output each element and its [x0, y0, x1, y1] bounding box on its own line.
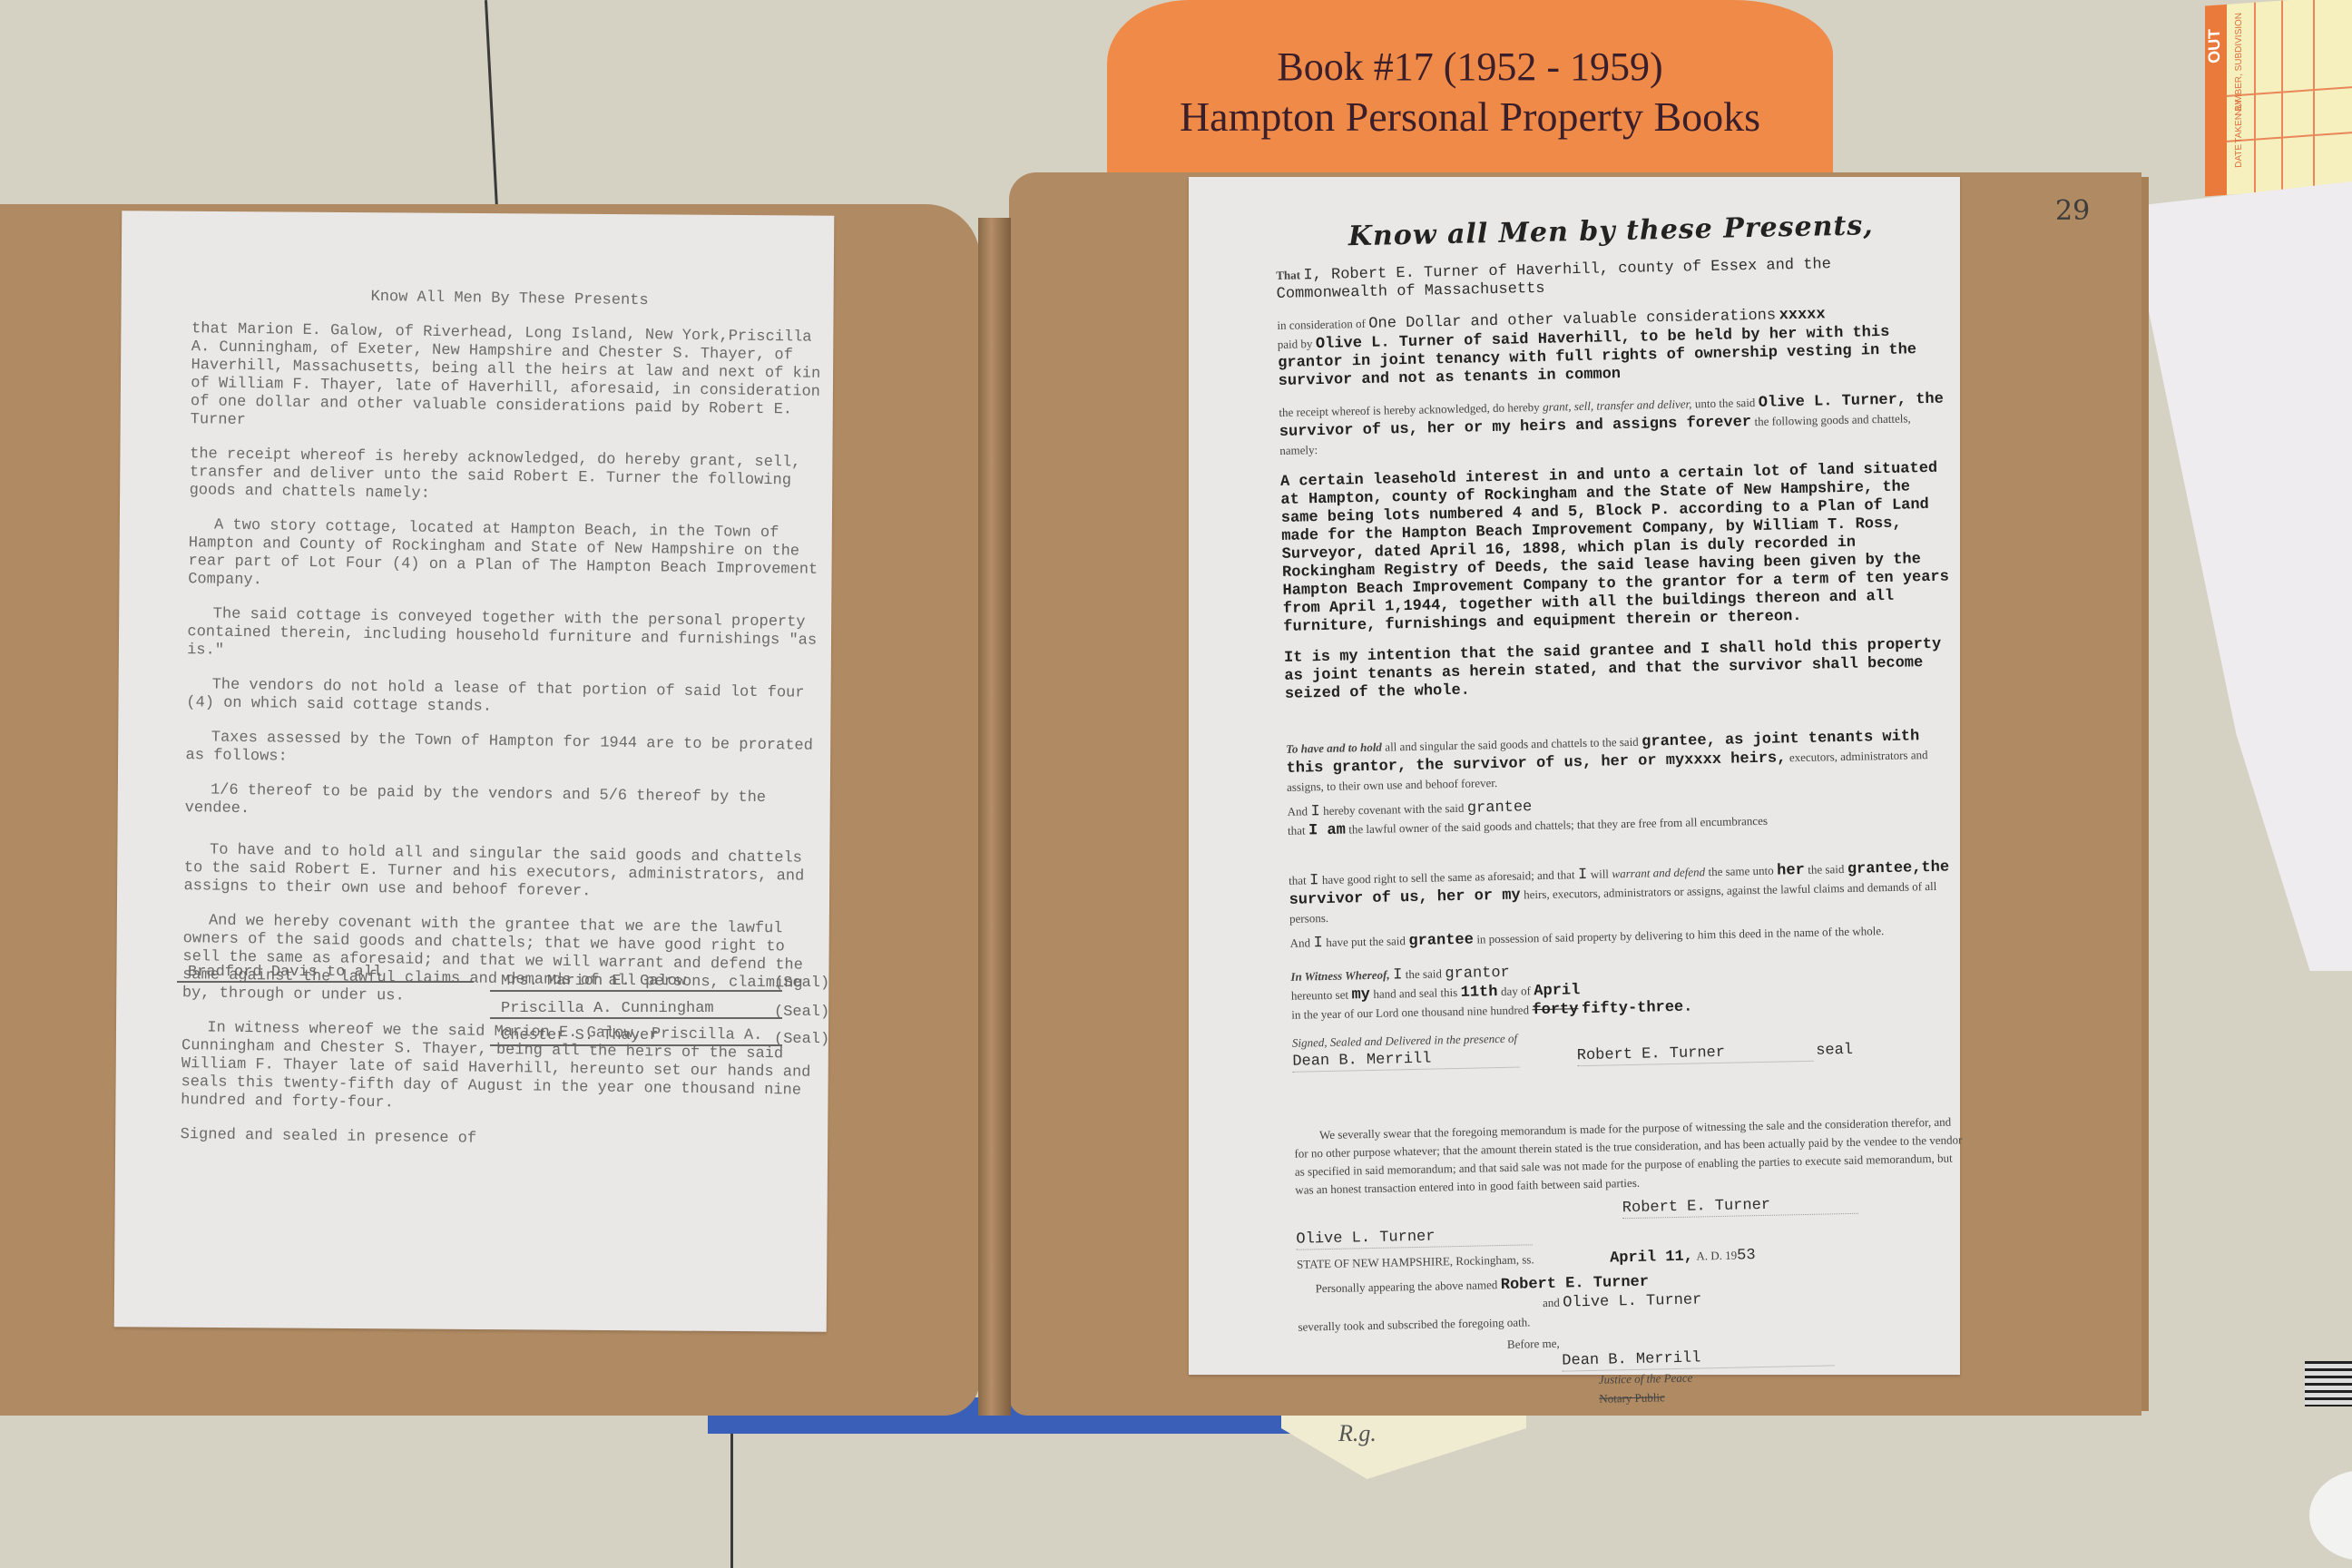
ad-label: A. D. 19 [1696, 1249, 1737, 1263]
seal-label: (Seal) [774, 1031, 829, 1048]
oath-signature: Olive L. Turner [1296, 1226, 1532, 1249]
consideration-label: in consideration of [1277, 317, 1366, 332]
appearing-name: Robert E. Turner [1501, 1274, 1650, 1294]
seal-label: (Seal) [774, 975, 829, 992]
witness-who: I [1393, 966, 1403, 984]
deed-paragraph: The vendors do not hold a lease of that … [186, 676, 821, 721]
state-line: STATE OF NEW HAMPSHIRE, Rockingham, ss. [1297, 1252, 1534, 1270]
sell-text: the said [1808, 862, 1844, 877]
sell-unto: her [1777, 862, 1805, 880]
signature-line: Mrs. Marion E. Galow [490, 973, 782, 992]
out-guide-card: OUT NUMBER, SUBDIVISION TAKEN BY DATE [2205, 0, 2352, 197]
official-title: Justice of the Peace [1599, 1371, 1693, 1387]
deed-paragraph: To have and to hold all and singular the… [183, 841, 819, 905]
that-label: That [1276, 268, 1300, 282]
witness-day: 11th [1461, 984, 1498, 1002]
witness-text: hereunto set [1291, 987, 1348, 1002]
habendum-label: To have and to hold [1286, 740, 1382, 756]
sell-who: I [1578, 867, 1588, 884]
right-deed: Know all Men by these Presents, That I, … [1275, 209, 1971, 1416]
appearing-name: Olive L. Turner [1563, 1291, 1701, 1311]
signature-line: Chester S. Thayer [490, 1027, 782, 1046]
out-card-label: DATE [2234, 143, 2244, 168]
out-tab: OUT [2205, 5, 2227, 88]
year-typed: fifty-three. [1582, 999, 1693, 1019]
witness-role: grantor [1445, 965, 1510, 983]
joint-tenancy-intention: It is my intention that the said grantee… [1284, 635, 1956, 703]
warrant-italic: warrant and defend [1612, 865, 1705, 880]
covenant-am: I am [1308, 822, 1346, 840]
witness-text: the said [1406, 966, 1442, 981]
cup [2309, 1470, 2352, 1561]
deed-paragraph: the receipt whereof is hereby acknowledg… [189, 446, 825, 509]
ad-year: 53 [1737, 1247, 1756, 1264]
witness-text: day of [1501, 984, 1531, 998]
handwritten-note: R.g. [1338, 1420, 1377, 1447]
sell-text: the same unto [1708, 864, 1774, 879]
covenant-text: the lawful owner of the said goods and c… [1348, 814, 1768, 837]
possession-who: I [1313, 935, 1323, 952]
year-struck: forty [1532, 1001, 1578, 1019]
deed-paragraph: Signed and sealed in presence of [181, 1126, 816, 1153]
signature-line: Priscilla A. Cunningham [490, 1000, 782, 1019]
sell-text: have good right to sell the same as afor… [1322, 867, 1575, 887]
struck-text: xxxxx [1779, 306, 1825, 324]
torn-flap [1281, 1416, 1526, 1479]
receipt-text: the receipt whereof is hereby acknowledg… [1279, 400, 1540, 419]
covenant-with: grantee [1467, 799, 1533, 817]
official-struck: Notary Public [1599, 1390, 1665, 1406]
witness-text: hand and seal this [1373, 985, 1457, 1001]
deed-paragraph: that Marion E. Galow, of Riverhead, Long… [191, 320, 828, 438]
receipt-italic: grant, sell, transfer and deliver, [1543, 397, 1692, 413]
table-seam [485, 0, 498, 209]
witness-my: my [1351, 986, 1370, 1004]
loose-paper [2141, 181, 2352, 971]
appearing-and: and [1543, 1296, 1560, 1309]
page-number: 29 [2055, 195, 2090, 227]
seal-label: (Seal) [774, 1004, 829, 1021]
grantor-line: I, Robert E. Turner of Haverhill, county… [1276, 256, 1831, 303]
deed-paragraph: A two story cottage, located at Hampton … [188, 516, 824, 598]
possession-grantee: grantee [1408, 932, 1474, 950]
book-label-title: Book #17 (1952 - 1959) [1107, 44, 1833, 90]
signed-label: Signed, Sealed and Delivered in the pres… [1292, 1032, 1517, 1050]
deed-paragraph: The said cottage is conveyed together wi… [187, 605, 823, 669]
witness-text: in the year of our Lord one thousand nin… [1291, 1003, 1529, 1021]
spiral-notebook [2305, 1361, 2352, 1406]
sell-text: will [1591, 867, 1610, 880]
out-card-label: TAKEN BY [2234, 98, 2244, 142]
oath-signature: Robert E. Turner [1622, 1195, 1858, 1219]
covenant-text: hereby covenant with the said [1323, 801, 1465, 818]
witness-signature: Bradford Davis to all [177, 964, 474, 983]
possession-text: have put the said [1326, 934, 1406, 949]
witness-month: April [1534, 982, 1580, 1000]
possession-and: And [1289, 936, 1310, 949]
sell-that: that [1289, 873, 1307, 887]
paid-by-label: paid by [1278, 337, 1313, 351]
witness-label: In Witness Whereof, [1290, 968, 1390, 984]
covenant-and: And [1287, 804, 1308, 818]
paid-by: Olive L. Turner of said Haverhill, to be… [1278, 324, 1916, 390]
seal-label: seal [1816, 1042, 1853, 1060]
deed-paragraph: And we hereby covenant with the grantee … [182, 912, 818, 1012]
oath-text: We severally swear that the foregoing me… [1294, 1112, 1967, 1199]
witness-signature: Dean B. Merrill [1292, 1049, 1519, 1073]
appearing-text: Personally appearing the above named [1315, 1278, 1497, 1295]
grantor-signature: Robert E. Turner [1577, 1043, 1813, 1066]
possession-text: in possession [1476, 931, 1539, 946]
covenant-that: that [1288, 823, 1306, 837]
table-seam [730, 1425, 733, 1568]
covenant-who: I [1310, 803, 1320, 820]
property-description: A certain leasehold interest in and unto… [1280, 459, 1955, 636]
book-spine [978, 218, 1011, 1416]
possession-tail: of said property by delivering to him th… [1543, 924, 1885, 945]
receipt-tail: unto the said [1695, 396, 1756, 410]
deed-paragraph: 1/6 thereof to be paid by the vendors an… [185, 781, 820, 827]
sell-who: I [1309, 872, 1319, 889]
habendum-text: all and singular the said goods and chat… [1385, 735, 1639, 754]
deed-paragraph: Taxes assessed by the Town of Hampton fo… [185, 729, 820, 774]
book-label-subtitle: Hampton Personal Property Books [1107, 93, 1833, 141]
state-date: April 11, [1610, 1249, 1693, 1268]
